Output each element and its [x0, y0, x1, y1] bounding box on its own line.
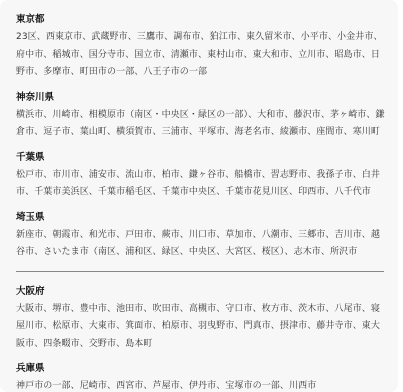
region-kanagawa: 神奈川県 横浜市、川崎市、相模原市（南区・中央区・緑区の一部）、大和市、藤沢市、… — [16, 91, 388, 142]
region-title: 神奈川県 — [16, 91, 388, 105]
region-chiba: 千葉県 松戸市、市川市、浦安市、流山市、柏市、鎌ヶ谷市、船橋市、習志野市、我孫子… — [16, 151, 388, 202]
region-cities: 新座市、朝霞市、和光市、戸田市、蕨市、川口市、草加市、八潮市、三郷市、吉川市、越… — [16, 227, 388, 262]
region-cities: 大阪市、堺市、豊中市、池田市、吹田市、高槻市、守口市、枚方市、茨木市、八尾市、寝… — [16, 301, 388, 354]
service-area-panel: 東京都 23区、西東京市、武蔵野市、三鷹市、調布市、狛江市、東久留米市、小平市、… — [0, 0, 398, 392]
region-cities: 神戸市の一部、尼崎市、西宮市、芦屋市、伊丹市、宝塚市の一部、川西市 — [16, 378, 388, 392]
region-title: 東京都 — [16, 13, 388, 27]
region-title: 千葉県 — [16, 151, 388, 165]
region-title: 兵庫県 — [16, 362, 388, 376]
region-tokyo: 東京都 23区、西東京市、武蔵野市、三鷹市、調布市、狛江市、東久留米市、小平市、… — [16, 13, 388, 82]
region-title: 埼玉県 — [16, 211, 388, 225]
region-title: 大阪府 — [16, 285, 388, 299]
region-saitama: 埼玉県 新座市、朝霞市、和光市、戸田市、蕨市、川口市、草加市、八潮市、三郷市、吉… — [16, 211, 388, 262]
section-divider — [16, 271, 384, 272]
region-cities: 松戸市、市川市、浦安市、流山市、柏市、鎌ヶ谷市、船橋市、習志野市、我孫子市、白井… — [16, 167, 388, 202]
region-hyogo: 兵庫県 神戸市の一部、尼崎市、西宮市、芦屋市、伊丹市、宝塚市の一部、川西市 — [16, 362, 388, 392]
region-cities: 23区、西東京市、武蔵野市、三鷹市、調布市、狛江市、東久留米市、小平市、小金井市… — [16, 29, 388, 82]
region-cities: 横浜市、川崎市、相模原市（南区・中央区・緑区の一部）、大和市、藤沢市、茅ヶ崎市、… — [16, 107, 388, 142]
region-osaka: 大阪府 大阪市、堺市、豊中市、池田市、吹田市、高槻市、守口市、枚方市、茨木市、八… — [16, 285, 388, 354]
